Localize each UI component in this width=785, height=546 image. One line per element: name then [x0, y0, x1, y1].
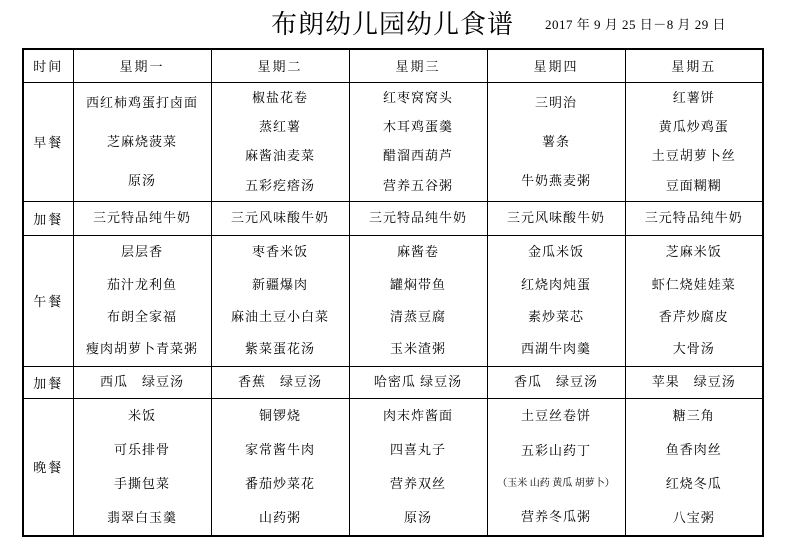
- dish-item: 三元风味酸牛奶: [231, 210, 329, 226]
- lunch-friday: 芝麻米饭 虾仁烧娃娃菜 香芹炒腐皮 大骨汤: [625, 235, 763, 366]
- dish-item: 手撕包菜: [114, 476, 170, 492]
- dish-item: 四喜丸子: [390, 442, 446, 458]
- snack1-thursday: 三元风味酸牛奶: [487, 201, 625, 235]
- dish-item: 麻油土豆小白菜: [231, 309, 329, 325]
- dish-item: 紫菜蛋花汤: [245, 341, 315, 357]
- dish-item: 麻酱卷: [397, 244, 439, 260]
- lunch-wednesday: 麻酱卷 罐焖带鱼 清蒸豆腐 玉米渣粥: [349, 235, 487, 366]
- menu-table: 时间 星期一 星期二 星期三 星期四 星期五 早餐 西红柿鸡蛋打卤面 芝麻烧菠菜…: [22, 48, 764, 537]
- dish-item: 香蕉 绿豆汤: [238, 374, 322, 390]
- dish-item: 红薯饼: [673, 90, 715, 106]
- dish-item: 红烧肉炖蛋: [521, 277, 591, 293]
- snack2-tuesday: 香蕉 绿豆汤: [211, 366, 349, 398]
- dish-item: 五彩山药丁: [521, 443, 591, 459]
- dish-item: 三元风味酸牛奶: [507, 210, 605, 226]
- dish-item: 清蒸豆腐: [390, 309, 446, 325]
- dish-item: 醋溜西葫芦: [383, 148, 453, 164]
- dish-item: 素炒菜芯: [528, 309, 584, 325]
- dish-item: 牛奶燕麦粥: [521, 173, 591, 189]
- dish-item: 罐焖带鱼: [390, 277, 446, 293]
- lunch-monday: 层层香 茄汁龙利鱼 布朗全家福 瘦肉胡萝卜青菜粥: [73, 235, 211, 366]
- snack1-tuesday: 三元风味酸牛奶: [211, 201, 349, 235]
- snack2-wednesday: 哈密瓜 绿豆汤: [349, 366, 487, 398]
- column-header-thursday: 星期四: [487, 49, 625, 82]
- date-range: 2017 年 9 月 25 日－8 月 29 日: [545, 14, 726, 33]
- breakfast-tuesday: 椒盐花卷 蒸红薯 麻酱油麦菜 五彩疙瘩汤: [211, 82, 349, 201]
- breakfast-monday: 西红柿鸡蛋打卤面 芝麻烧菠菜 原汤: [73, 82, 211, 201]
- dish-item: 山药粥: [259, 510, 301, 526]
- dinner-friday: 糖三角 鱼香肉丝 红烧冬瓜 八宝粥: [625, 398, 763, 536]
- snack1-wednesday: 三元特品纯牛奶: [349, 201, 487, 235]
- dish-note: （玉米 山药 黄瓜 胡萝卜）: [497, 478, 615, 490]
- dish-item: 枣香米饭: [252, 244, 308, 260]
- row-label-snack-2: 加餐: [23, 366, 73, 398]
- dish-item: 豆面糊糊: [666, 178, 722, 194]
- dish-item: 红烧冬瓜: [666, 476, 722, 492]
- dish-item: 玉米渣粥: [390, 341, 446, 357]
- row-label-dinner: 晚餐: [23, 398, 73, 536]
- dish-item: 肉末炸酱面: [383, 408, 453, 424]
- dish-item: 椒盐花卷: [252, 90, 308, 106]
- dish-item: 虾仁烧娃娃菜: [652, 277, 736, 293]
- dish-item: 可乐排骨: [114, 442, 170, 458]
- dish-item: 三元特品纯牛奶: [645, 210, 743, 226]
- column-header-friday: 星期五: [625, 49, 763, 82]
- dinner-thursday: 土豆丝卷饼 五彩山药丁 （玉米 山药 黄瓜 胡萝卜） 营养冬瓜粥: [487, 398, 625, 536]
- dish-item: 三明治: [535, 95, 577, 111]
- row-label-breakfast: 早餐: [23, 82, 73, 201]
- dish-item: 香芹炒腐皮: [659, 309, 729, 325]
- lunch-row: 午餐 层层香 茄汁龙利鱼 布朗全家福 瘦肉胡萝卜青菜粥 枣香米饭 新疆爆肉 麻油…: [23, 235, 763, 366]
- dish-item: 布朗全家福: [107, 309, 177, 325]
- dish-item: 原汤: [404, 510, 432, 526]
- dish-item: 番茄炒菜花: [245, 476, 315, 492]
- dish-item: 哈密瓜 绿豆汤: [374, 374, 462, 390]
- dish-item: 鱼香肉丝: [666, 442, 722, 458]
- morning-snack-row: 加餐 三元特品纯牛奶 三元风味酸牛奶 三元特品纯牛奶 三元风味酸牛奶 三元特品纯…: [23, 201, 763, 235]
- header-row: 时间 星期一 星期二 星期三 星期四 星期五: [23, 49, 763, 82]
- dish-item: 三元特品纯牛奶: [93, 210, 191, 226]
- dish-item: 芝麻烧菠菜: [107, 134, 177, 150]
- dish-item: 黄瓜炒鸡蛋: [659, 119, 729, 135]
- dish-item: 新疆爆肉: [252, 277, 308, 293]
- dish-item: 翡翠白玉羹: [107, 510, 177, 526]
- snack1-friday: 三元特品纯牛奶: [625, 201, 763, 235]
- dish-item: 麻酱油麦菜: [245, 148, 315, 164]
- dish-item: 原汤: [128, 173, 156, 189]
- dish-item: 大骨汤: [673, 341, 715, 357]
- column-header-monday: 星期一: [73, 49, 211, 82]
- snack2-thursday: 香瓜 绿豆汤: [487, 366, 625, 398]
- dish-item: 土豆胡萝卜丝: [652, 148, 736, 164]
- lunch-thursday: 金瓜米饭 红烧肉炖蛋 素炒菜芯 西湖牛肉羹: [487, 235, 625, 366]
- dish-item: 米饭: [128, 408, 156, 424]
- dinner-tuesday: 铜锣烧 家常酱牛肉 番茄炒菜花 山药粥: [211, 398, 349, 536]
- dish-item: 香瓜 绿豆汤: [514, 374, 598, 390]
- dish-item: 营养冬瓜粥: [521, 509, 591, 525]
- snack2-friday: 苹果 绿豆汤: [625, 366, 763, 398]
- dish-item: 红枣窝窝头: [383, 90, 453, 106]
- dish-item: 层层香: [121, 244, 163, 260]
- dish-item: 五彩疙瘩汤: [245, 178, 315, 194]
- dish-item: 薯条: [542, 134, 570, 150]
- dish-item: 瘦肉胡萝卜青菜粥: [86, 341, 198, 357]
- dish-item: 木耳鸡蛋羹: [383, 119, 453, 135]
- afternoon-snack-row: 加餐 西瓜 绿豆汤 香蕉 绿豆汤 哈密瓜 绿豆汤 香瓜 绿豆汤 苹果 绿豆汤: [23, 366, 763, 398]
- dish-item: 西红柿鸡蛋打卤面: [86, 95, 198, 111]
- dish-item: 苹果 绿豆汤: [652, 374, 736, 390]
- column-header-tuesday: 星期二: [211, 49, 349, 82]
- dish-item: 三元特品纯牛奶: [369, 210, 467, 226]
- breakfast-wednesday: 红枣窝窝头 木耳鸡蛋羹 醋溜西葫芦 营养五谷粥: [349, 82, 487, 201]
- dish-item: 蒸红薯: [259, 119, 301, 135]
- breakfast-friday: 红薯饼 黄瓜炒鸡蛋 土豆胡萝卜丝 豆面糊糊: [625, 82, 763, 201]
- menu-page: 布朗幼儿园幼儿食谱 2017 年 9 月 25 日－8 月 29 日 时间 星期…: [0, 0, 785, 546]
- snack1-monday: 三元特品纯牛奶: [73, 201, 211, 235]
- dish-item: 八宝粥: [673, 510, 715, 526]
- breakfast-row: 早餐 西红柿鸡蛋打卤面 芝麻烧菠菜 原汤 椒盐花卷 蒸红薯 麻酱油麦菜 五彩疙瘩…: [23, 82, 763, 201]
- dish-item: 西瓜 绿豆汤: [100, 374, 184, 390]
- dish-item: 营养五谷粥: [383, 178, 453, 194]
- dish-item: 营养双丝: [390, 476, 446, 492]
- dish-item: 糖三角: [673, 408, 715, 424]
- dish-item: 西湖牛肉羹: [521, 341, 591, 357]
- row-label-lunch: 午餐: [23, 235, 73, 366]
- dish-item: 家常酱牛肉: [245, 442, 315, 458]
- breakfast-thursday: 三明治 薯条 牛奶燕麦粥: [487, 82, 625, 201]
- dish-item: 芝麻米饭: [666, 244, 722, 260]
- column-header-time: 时间: [23, 49, 73, 82]
- lunch-tuesday: 枣香米饭 新疆爆肉 麻油土豆小白菜 紫菜蛋花汤: [211, 235, 349, 366]
- dish-item: 金瓜米饭: [528, 244, 584, 260]
- row-label-snack-1: 加餐: [23, 201, 73, 235]
- dinner-monday: 米饭 可乐排骨 手撕包菜 翡翠白玉羹: [73, 398, 211, 536]
- dinner-row: 晚餐 米饭 可乐排骨 手撕包菜 翡翠白玉羹 铜锣烧 家常酱牛肉 番茄炒菜花 山药…: [23, 398, 763, 536]
- dish-item: 铜锣烧: [259, 408, 301, 424]
- dish-item: 茄汁龙利鱼: [107, 277, 177, 293]
- snack2-monday: 西瓜 绿豆汤: [73, 366, 211, 398]
- column-header-wednesday: 星期三: [349, 49, 487, 82]
- dinner-wednesday: 肉末炸酱面 四喜丸子 营养双丝 原汤: [349, 398, 487, 536]
- dish-item: 土豆丝卷饼: [521, 408, 591, 424]
